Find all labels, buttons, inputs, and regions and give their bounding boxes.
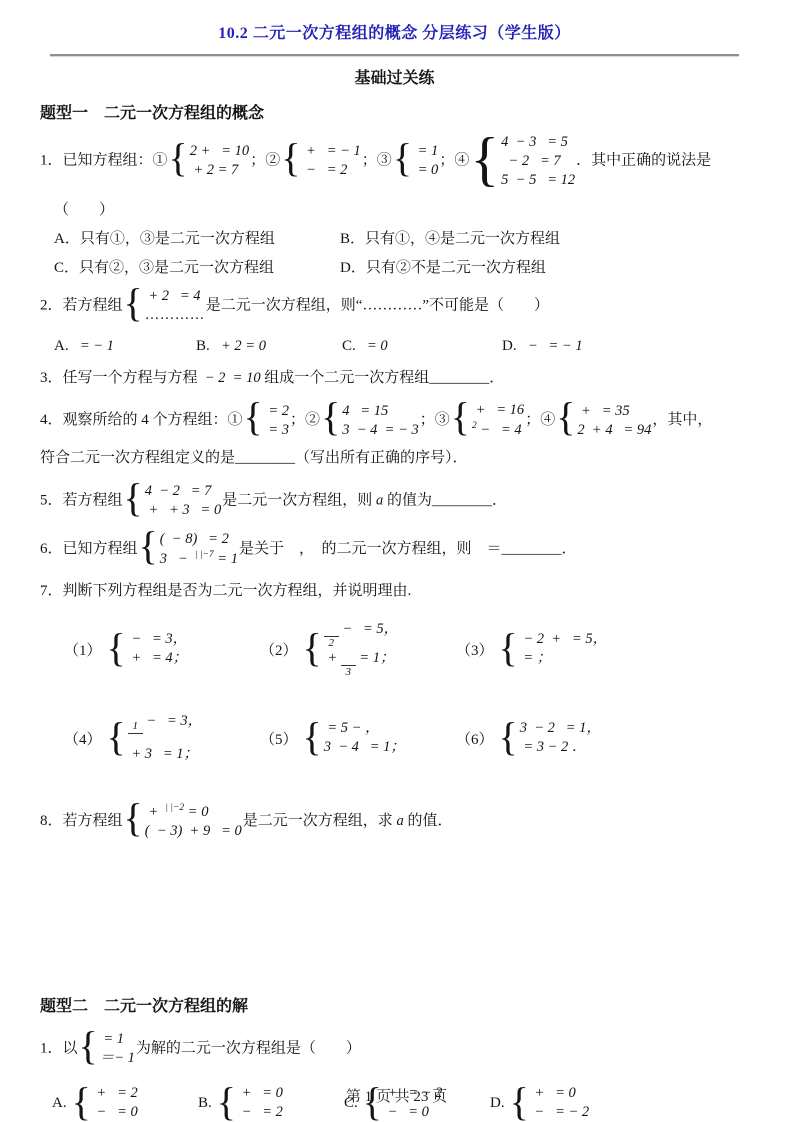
q1-suffix: ．其中正确的说法是: [576, 153, 711, 169]
question-4: 4．观察所给的 4 个方程组：① = 2 = 3；②4 = 153 − 4 = …: [40, 401, 749, 471]
q1-prefix: 1．已知方程组：: [40, 153, 153, 169]
equation-line: − 2 = 7: [501, 152, 575, 171]
separator: ；: [362, 153, 377, 169]
equation-line: ＝− 1: [100, 1049, 135, 1068]
exponent: | |−2: [165, 803, 184, 813]
left-brace: [303, 721, 322, 755]
left-brace: [169, 142, 188, 181]
fraction-denominator: 3: [343, 666, 354, 678]
q7-item-5: （5） = 5 − ，3 − 4 = 1；: [260, 712, 456, 764]
q1-tag2: ②: [265, 153, 280, 169]
q2-system: + 2 = 4…………: [124, 287, 205, 326]
q1-system-1: 2 + = 10 + 2 = 7: [169, 142, 250, 181]
question-2: 2．若方程组 + 2 = 4…………是二元一次方程组，则“…………”不可能是（ …: [40, 287, 749, 326]
equation-line: + 3 = 1；: [324, 649, 398, 678]
exponent: | |−7: [195, 550, 214, 560]
equation-line: = 5 − ，: [324, 719, 405, 738]
q7-item-6: （6）3 − 2 = 1， = 3 − 2 ．: [456, 712, 652, 764]
equation-line: + = 4；: [128, 649, 187, 668]
q4-prefix: 4．观察所给的 4 个方程组：: [40, 412, 228, 428]
equation-part: +: [324, 650, 341, 666]
q1-options-row-2: C．只有②，③是二元一次方程组 D．只有②不是二元一次方程组: [54, 256, 749, 277]
item-tag: （1）: [64, 639, 102, 660]
q7-item-4: （4）1 − = 3， + 3 = 1；: [64, 712, 260, 764]
q7-items-row-1: （1） − = 3， + = 4； （2）2 − = 5， + 3 = 1； （…: [64, 620, 749, 678]
q1-option-c: C．只有②，③是二元一次方程组: [54, 256, 340, 277]
option-letter: C.: [342, 338, 356, 354]
q3-math: − 2 = 10: [198, 370, 265, 386]
fraction: 1: [128, 721, 143, 745]
q5-post1: 是二元一次方程组，则: [222, 492, 376, 508]
equation-line: + 2 = 4: [145, 287, 205, 306]
option-math: + 2 = 0: [214, 338, 266, 354]
fraction-numerator: [341, 654, 356, 666]
q1-tag3: ③: [377, 153, 392, 169]
equation-line: 3 − | |−7 = 1: [160, 549, 238, 569]
page-content: 10.2 二元一次方程组的概念 分层练习（学生版） 基础过关练 题型一 二元一次…: [0, 0, 793, 1122]
topic1-heading: 题型一 二元一次方程组的概念: [40, 100, 749, 123]
doc-title: 10.2 二元一次方程组的概念 分层练习（学生版）: [40, 20, 749, 43]
question-7: 7．判断下列方程组是否为二元一次方程组，并说明理由.: [40, 579, 749, 605]
fraction-numerator: 1: [128, 721, 143, 734]
worksheet-page: 10.2 二元一次方程组的概念 分层练习（学生版） 基础过关练 题型一 二元一次…: [0, 0, 793, 1122]
option-letter: D.: [502, 338, 517, 354]
left-brace: [124, 482, 143, 521]
item-tag: （6）: [456, 728, 494, 749]
q5-system: 4 − 2 = 7 + + 3 = 0: [124, 482, 222, 521]
q2-options-row: A. = − 1 B. + 2 = 0 C. = 0 D. − = − 1: [54, 337, 749, 356]
q5-prefix: 5．若方程组: [40, 492, 123, 508]
topic2-heading: 题型二 二元一次方程组的解: [40, 993, 749, 1016]
q8-post1: 是二元一次方程组，求: [243, 813, 397, 829]
left-brace: [470, 135, 499, 189]
q6-system: ( − 8) = 23 − | |−7 = 1: [139, 530, 238, 569]
equation-line: + | |−2 = 0: [145, 802, 242, 822]
equation-line: − = 2: [302, 161, 360, 180]
equation-line: − = 3，: [128, 630, 187, 649]
equation-line: 3 − 2 = 1，: [520, 719, 601, 738]
q4-system-3: + = 162 − = 4: [451, 401, 524, 440]
question-1: 1．已知方程组：①2 + = 10 + 2 = 7；② + = − 1 − = …: [40, 133, 749, 190]
q3-pre: 3．任写一个方程与方程: [40, 370, 198, 386]
q2-suffix: 是二元一次方程组，则“…………”不可能是（ ）: [206, 297, 549, 313]
equation-line: + 3 = 1；: [128, 745, 202, 764]
equation-part: − = 5，: [339, 621, 398, 637]
q4-tag3: ③: [435, 412, 450, 428]
q7-item-1: （1） − = 3， + = 4；: [64, 620, 260, 678]
left-brace: [556, 401, 575, 440]
question-6: 6．已知方程组( − 8) = 23 − | |−7 = 1是关于 ， 的二元一…: [40, 530, 749, 569]
left-brace: [107, 632, 126, 666]
equation-part: − = 4: [477, 422, 522, 438]
s2q1-prefix: 1．以: [40, 1040, 78, 1056]
equation-line: = 3 − 2 ．: [520, 738, 601, 757]
q1-option-a: A．只有①，③是二元一次方程组: [54, 227, 340, 248]
subtitle: 基础过关练: [40, 65, 749, 88]
left-brace: [321, 401, 340, 440]
q2-option-a: A. = − 1: [54, 337, 196, 356]
q4-system-4: + = 352 + 4 = 94: [556, 401, 651, 440]
equation-part: +: [145, 804, 166, 820]
q4-tag4: ④: [540, 412, 555, 428]
fraction: 2: [324, 625, 339, 649]
fraction-denominator: 2: [326, 637, 337, 649]
left-brace: [124, 287, 143, 326]
equation-line: = 2: [265, 402, 289, 421]
separator: ；: [525, 412, 540, 428]
equation-part: 3 −: [160, 551, 195, 567]
fraction: 3: [341, 654, 356, 678]
option-math: = − 1: [73, 338, 114, 354]
equation-line: 2 − = 4: [472, 420, 524, 440]
item-tag: （2）: [260, 639, 298, 660]
left-brace: [303, 632, 322, 666]
equation-line: = 1: [414, 142, 438, 161]
equation-line: 1 − = 3，: [128, 712, 202, 745]
equation-line: + 2 = 7: [190, 161, 249, 180]
equation-line: + = − 1: [302, 142, 360, 161]
option-math: − = − 1: [521, 338, 583, 354]
section2-question-1: 1．以 = 1＝− 1为解的二元一次方程组是（ ）: [40, 1030, 749, 1069]
fraction-denominator: [130, 734, 141, 745]
equation-line: + = 16: [472, 401, 524, 420]
left-brace: [499, 721, 518, 755]
equation-line: = ；: [520, 649, 607, 668]
s2q1-post: 为解的二元一次方程组是（ ）: [136, 1040, 361, 1056]
q1-option-d: D．只有②不是二元一次方程组: [340, 256, 546, 277]
left-brace: [281, 142, 300, 181]
q1-tag1: ①: [153, 153, 168, 169]
equation-line: = 0: [414, 161, 438, 180]
variable-a: a: [397, 813, 404, 829]
option-letter: B.: [196, 338, 210, 354]
q2-option-c: C. = 0: [342, 337, 502, 356]
q7-prefix: 7．判断下列方程组是否为二元一次方程组，并说明理由.: [40, 583, 411, 599]
fraction-numerator: [324, 625, 339, 637]
q8-system: + | |−2 = 0( − 3) + 9 = 0: [124, 802, 242, 841]
equation-line: ( − 3) + 9 = 0: [145, 822, 242, 841]
q4-tail: ，其中，: [652, 412, 712, 428]
q4-system-1: = 2 = 3: [244, 401, 290, 440]
q6-post: 是关于 ， 的二元一次方程组，则 ＝________．: [239, 541, 577, 557]
q1-answer-paren: （ ）: [54, 198, 749, 219]
equation-line: 3 − 4 = − 3: [342, 421, 418, 440]
left-brace: [244, 401, 263, 440]
equation-line: 4 − 2 = 7: [145, 482, 221, 501]
left-brace: [451, 401, 470, 440]
q4-tag1: ①: [228, 412, 243, 428]
q1-system-2: + = − 1 − = 2: [281, 142, 361, 181]
equation-line: − 2 + = 5，: [520, 630, 607, 649]
equation-part: = 1: [214, 551, 238, 567]
item-tag: （5）: [260, 728, 298, 749]
q4-system-2: 4 = 153 − 4 = − 3: [321, 401, 419, 440]
q8-prefix: 8．若方程组: [40, 813, 123, 829]
q2-option-b: B. + 2 = 0: [196, 337, 342, 356]
q1-option-b: B．只有①，④是二元一次方程组: [340, 227, 560, 248]
item-tag: （3）: [456, 639, 494, 660]
option-letter: A.: [54, 338, 69, 354]
equation-part: − = 3，: [143, 713, 202, 729]
equation-line: + = 35: [577, 402, 651, 421]
equation-line: 5 − 5 = 12: [501, 171, 575, 190]
equation-line: + + 3 = 0: [145, 501, 221, 520]
separator: ；: [250, 153, 265, 169]
page-footer: 第 1 页 共 23 页: [0, 1085, 793, 1106]
question-5: 5．若方程组4 − 2 = 7 + + 3 = 0是二元一次方程组，则 a 的值…: [40, 482, 749, 521]
q1-system-4: 4 − 3 = 5 − 2 = 75 − 5 = 12: [470, 133, 575, 190]
equation-line: = 3: [265, 421, 289, 440]
q6-prefix: 6．已知方程组: [40, 541, 138, 557]
equation-line: 3 − 4 = 1；: [324, 738, 405, 757]
equation-part: = 1；: [356, 650, 395, 666]
equation-line: = 1: [100, 1030, 135, 1049]
left-brace: [107, 721, 126, 755]
q3-post: 组成一个二元一次方程组________．: [264, 370, 504, 386]
q8-post2: 的值．: [404, 813, 453, 829]
dotted-line: …………: [145, 306, 205, 325]
q5-post2: 的值为________．: [383, 492, 507, 508]
equation-line: 2 − = 5，: [324, 620, 398, 649]
item-tag: （4）: [64, 728, 102, 749]
equation-line: 4 − 3 = 5: [501, 133, 575, 152]
left-brace: [393, 142, 412, 181]
left-brace: [499, 632, 518, 666]
header-rule: [50, 54, 739, 57]
q1-system-3: = 1 = 0: [393, 142, 439, 181]
separator: ；: [290, 412, 305, 428]
equation-line: 4 = 15: [342, 402, 418, 421]
equation-part: = 0: [184, 804, 208, 820]
q4-line2: 符合二元一次方程组定义的是________（写出所有正确的序号）．: [40, 446, 749, 472]
s2q1-system: = 1＝− 1: [79, 1030, 135, 1069]
q1-tag4: ④: [454, 153, 469, 169]
equation-line: ( − 8) = 2: [160, 530, 238, 549]
separator: ；: [420, 412, 435, 428]
q2-prefix: 2．若方程组: [40, 297, 123, 313]
question-3: 3．任写一个方程与方程 − 2 = 10 组成一个二元一次方程组________…: [40, 366, 749, 392]
left-brace: [124, 802, 143, 841]
q1-options-row-1: A．只有①，③是二元一次方程组 B．只有①，④是二元一次方程组: [54, 227, 749, 248]
equation-line: 2 + 4 = 94: [577, 421, 651, 440]
q4-tag2: ②: [305, 412, 320, 428]
q7-item-2: （2）2 − = 5， + 3 = 1；: [260, 620, 456, 678]
q7-item-3: （3） − 2 + = 5， = ；: [456, 620, 652, 678]
equation-line: 2 + = 10: [190, 142, 249, 161]
left-brace: [79, 1030, 98, 1069]
left-brace: [139, 530, 158, 569]
question-8: 8．若方程组 + | |−2 = 0( − 3) + 9 = 0是二元一次方程组…: [40, 802, 749, 841]
q7-items-row-2: （4）1 − = 3， + 3 = 1； （5） = 5 − ，3 − 4 = …: [64, 712, 749, 764]
separator: ；: [439, 153, 454, 169]
q2-option-d: D. − = − 1: [502, 337, 583, 356]
option-math: = 0: [360, 338, 388, 354]
